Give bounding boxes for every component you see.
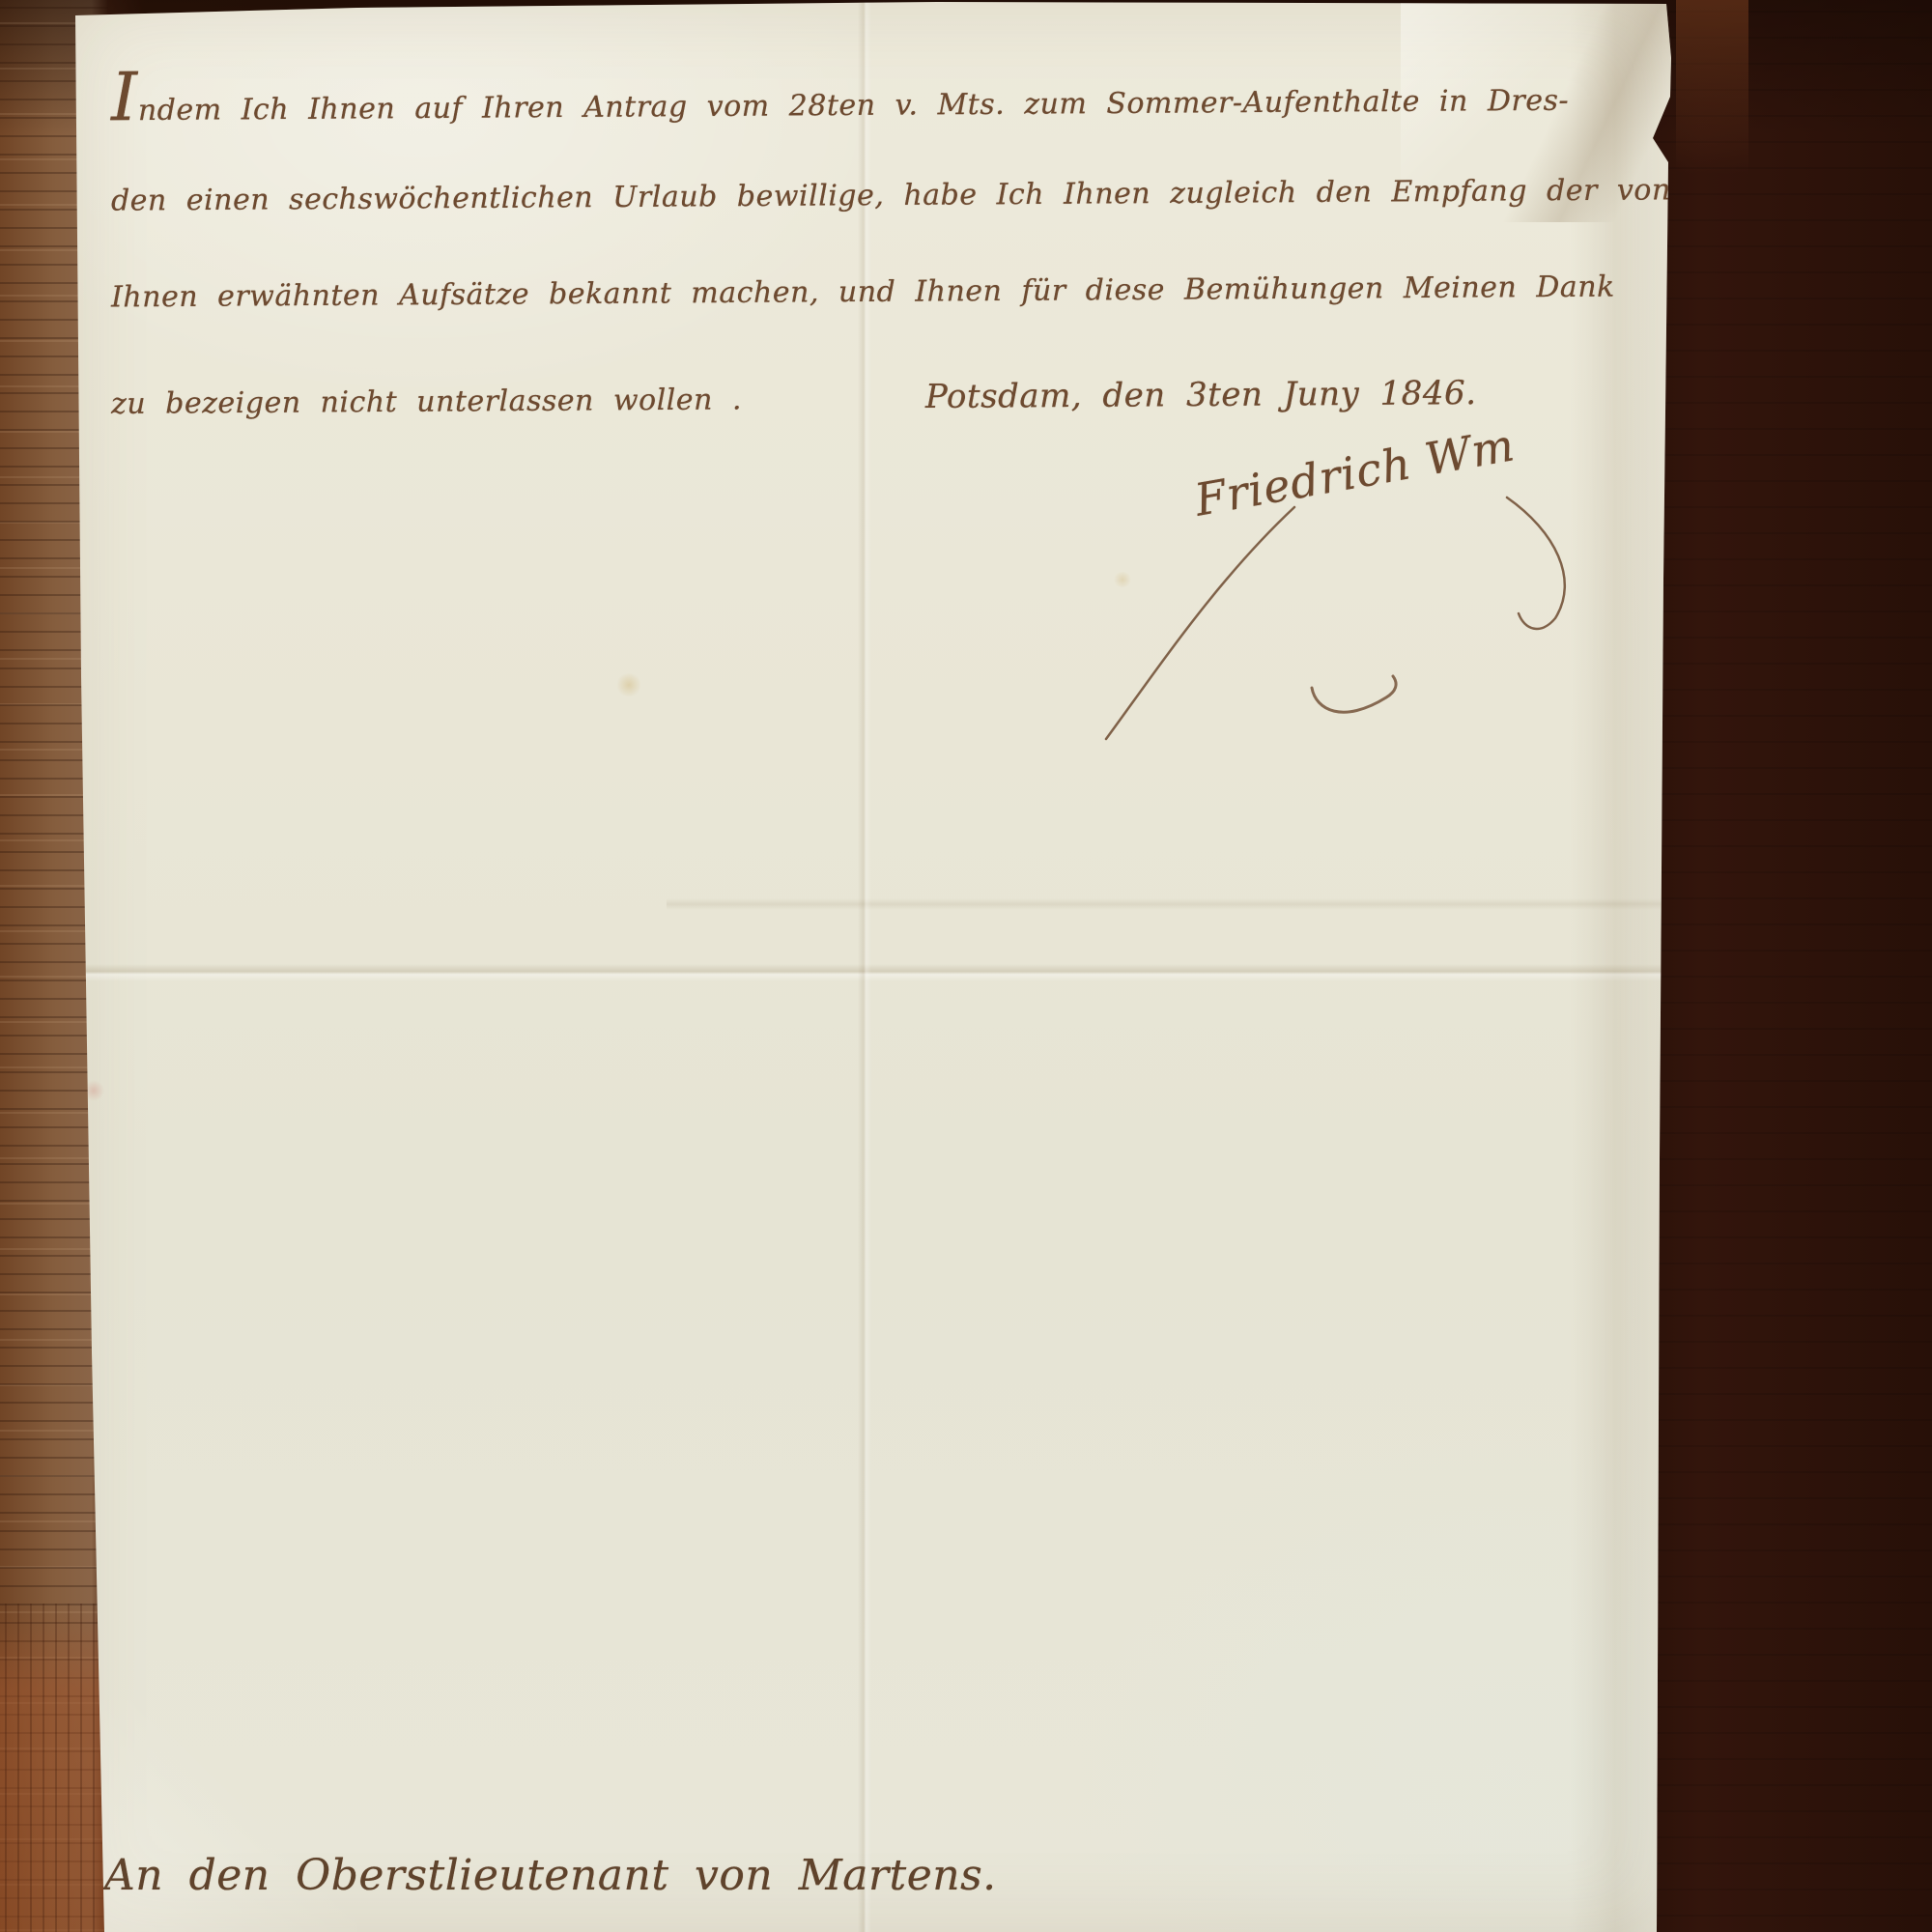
letter-line-text: zu bezeigen nicht unterlassen wollen . (111, 383, 742, 421)
letter-line: Indem Ich Ihnen auf Ihren Antrag vom 28t… (111, 49, 1570, 137)
signature-flourish (1053, 415, 1652, 782)
wood-highlight-top-right (1676, 0, 1748, 174)
horizontal-fold-crease-faint (667, 898, 1671, 910)
wood-grain-bottom-left (0, 1604, 108, 1932)
paper-stain (615, 673, 642, 696)
address-line: An den Oberstlieutenant von Martens. (104, 1851, 997, 1900)
dateline: Potsdam, den 3ten Juny 1846. (925, 374, 1477, 416)
wood-grain-right (1633, 0, 1932, 1932)
letter-sheet: Indem Ich Ihnen auf Ihren Antrag vom 28t… (68, 0, 1671, 1932)
letter-line: Ihnen erwähnten Aufsätze bekannt machen,… (111, 270, 1615, 315)
